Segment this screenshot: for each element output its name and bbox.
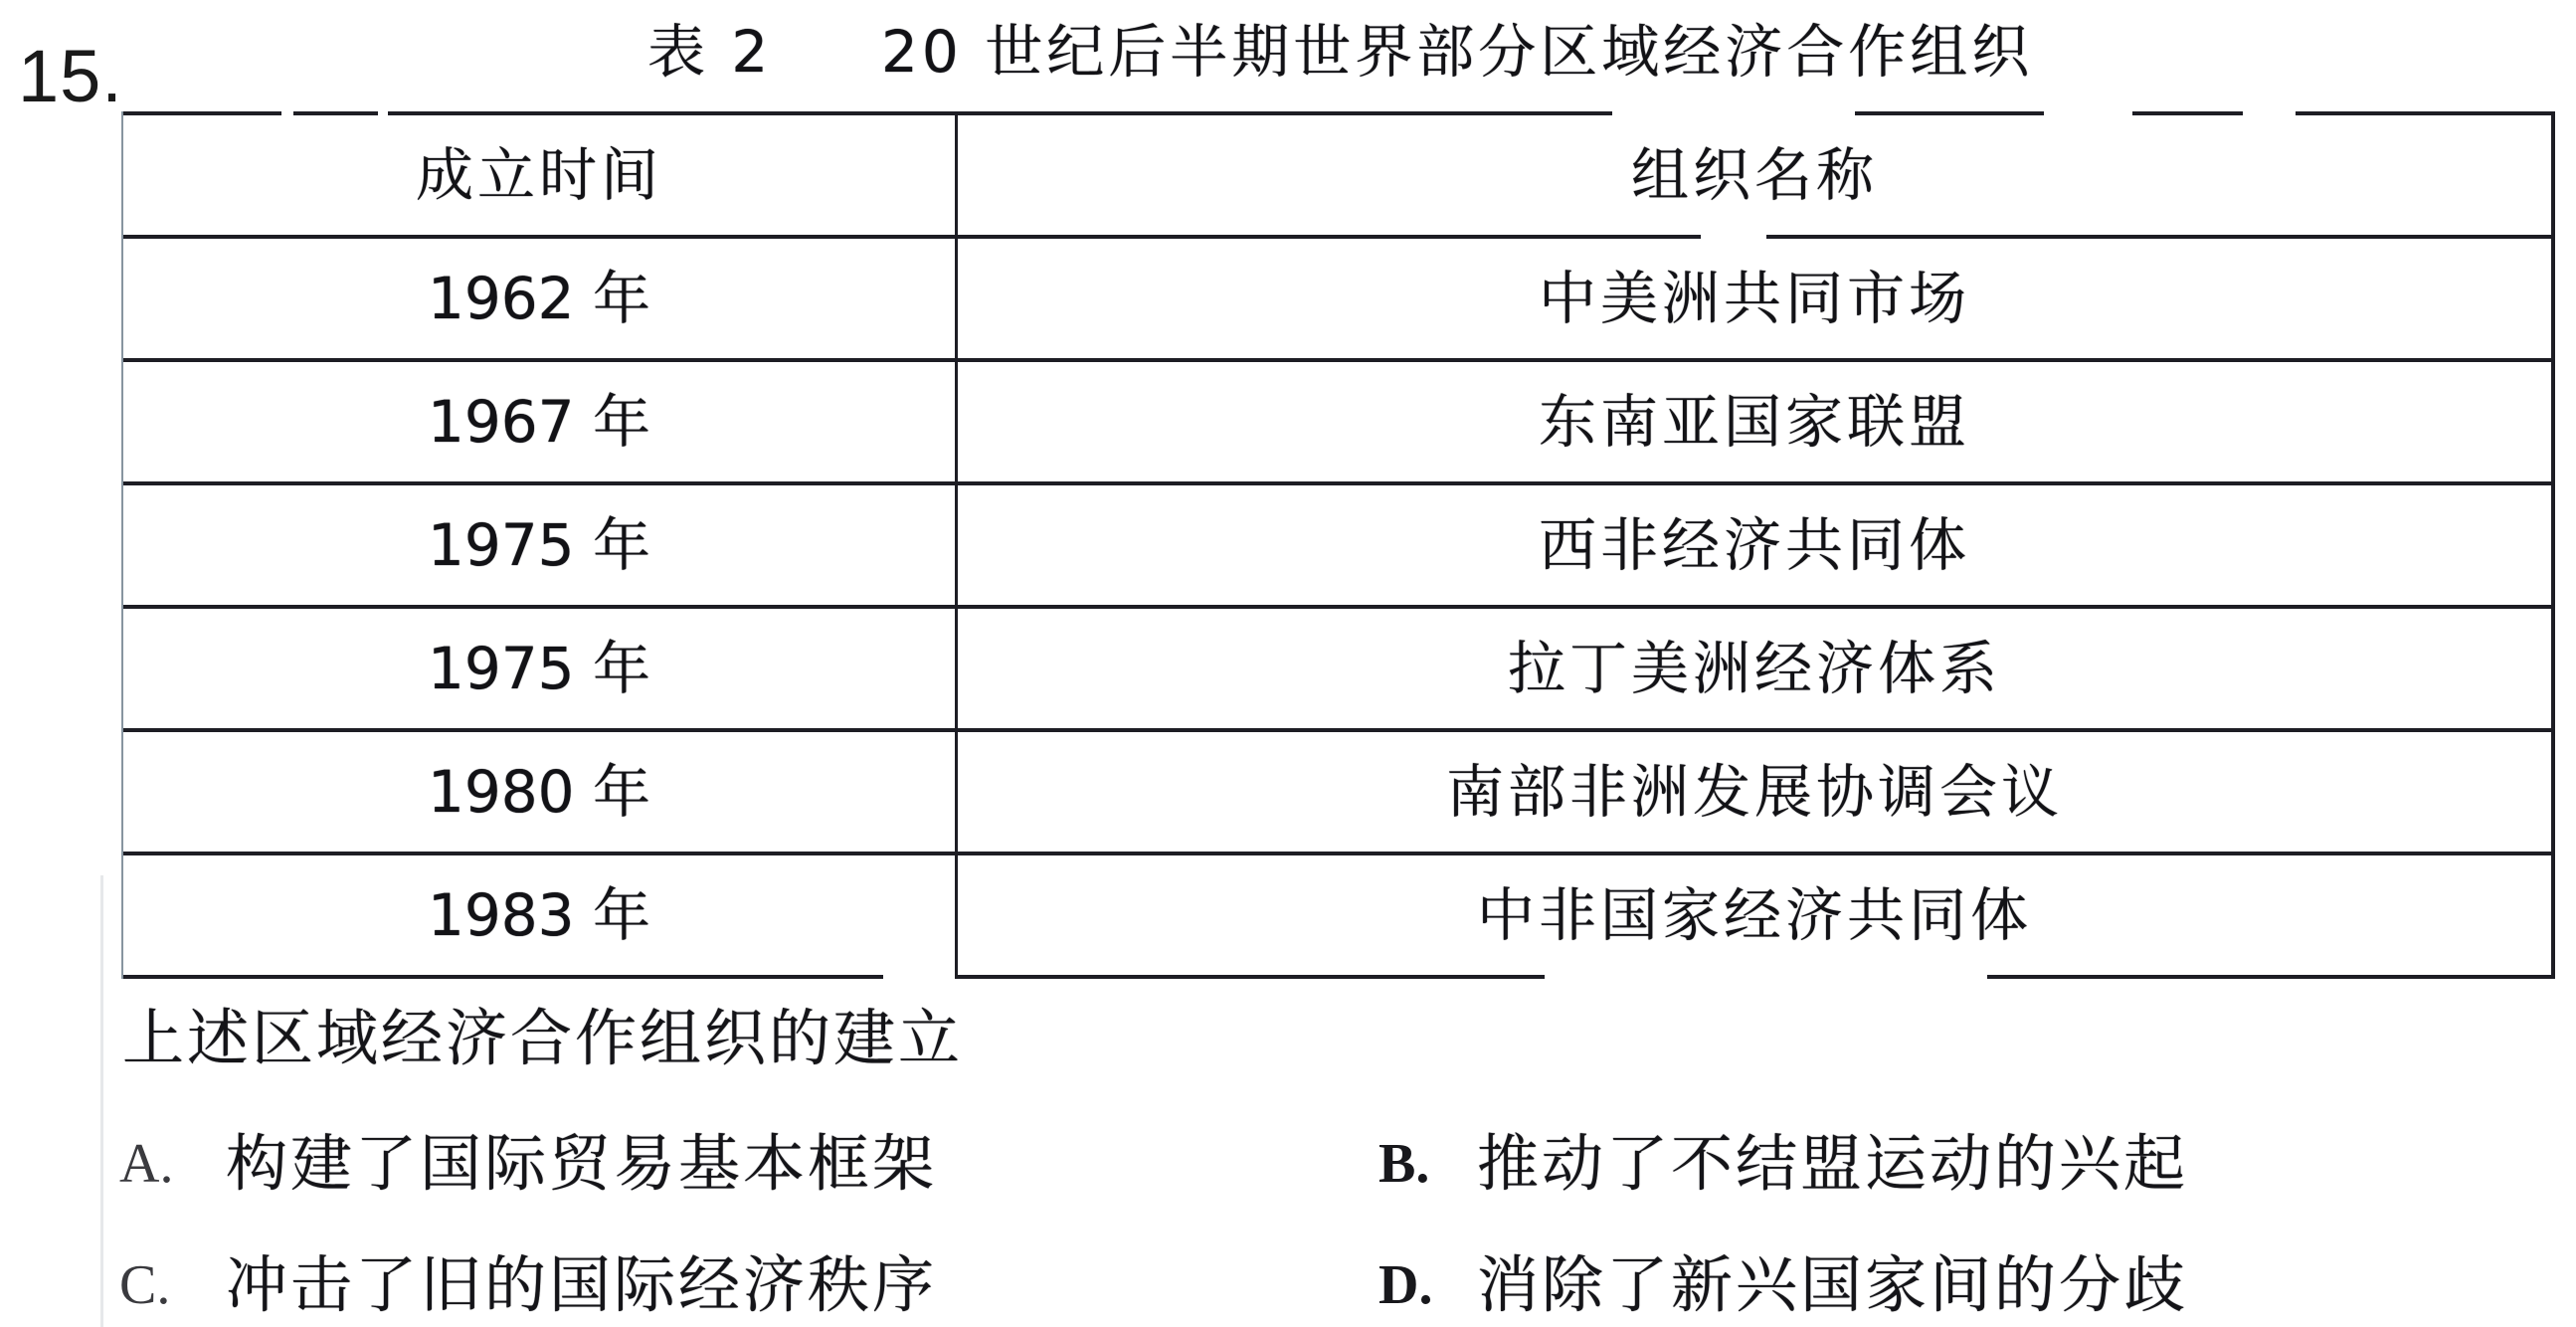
table-row: 1967 年 东南亚国家联盟 — [123, 358, 2551, 481]
page-edge-line — [100, 875, 103, 1327]
rule-gap — [883, 973, 955, 982]
question-number: 15. — [18, 40, 123, 113]
option-d-label: D. — [1379, 1254, 1477, 1316]
header-cell-name: 组织名称 — [958, 115, 2551, 235]
organization-name: 南部非洲发展协调会议 — [1446, 761, 2063, 823]
cell-year: 1962 年 — [123, 239, 958, 358]
cell-year: 1975 年 — [123, 609, 958, 728]
header-name-label: 组织名称 — [1631, 144, 1878, 206]
year-value: 1975 年 — [428, 514, 650, 576]
cell-name: 西非经济共同体 — [958, 485, 2551, 605]
cell-name: 拉丁美洲经济体系 — [958, 609, 2551, 728]
cell-year: 1983 年 — [123, 855, 958, 975]
cell-name: 南部非洲发展协调会议 — [958, 732, 2551, 852]
option-a[interactable]: A. 构建了国际贸易基本框架 — [119, 1133, 937, 1195]
year-value: 1983 年 — [428, 884, 650, 946]
option-a-label: A. — [119, 1133, 226, 1195]
year-value: 1962 年 — [428, 268, 650, 329]
rule-gap — [378, 109, 388, 118]
rule-gap — [2044, 109, 2132, 118]
table-row: 1983 年 中非国家经济共同体 — [123, 852, 2551, 979]
rule-gap — [1701, 233, 1766, 242]
rule-gap — [1612, 109, 1855, 118]
option-d-text: 消除了新兴国家间的分歧 — [1477, 1254, 2188, 1316]
option-b[interactable]: B. 推动了不结盟运动的兴起 — [1379, 1133, 2188, 1195]
organization-name: 东南亚国家联盟 — [1539, 391, 1970, 453]
cell-year: 1980 年 — [123, 732, 958, 852]
option-b-label: B. — [1379, 1133, 1477, 1195]
year-value: 1975 年 — [428, 638, 650, 699]
option-a-text: 构建了国际贸易基本框架 — [226, 1133, 937, 1195]
organization-name: 西非经济共同体 — [1539, 514, 1970, 576]
year-value: 1967 年 — [428, 391, 650, 453]
year-value: 1980 年 — [428, 761, 650, 823]
option-c-text: 冲击了旧的国际经济秩序 — [226, 1254, 937, 1316]
question-stem: 上述区域经济合作组织的建立 — [122, 1008, 963, 1069]
cell-year: 1967 年 — [123, 362, 958, 481]
cell-name: 中非国家经济共同体 — [958, 855, 2551, 975]
option-b-text: 推动了不结盟运动的兴起 — [1477, 1133, 2188, 1195]
organizations-table: 成立时间 组织名称 1962 年 中美洲共同市场 1967 年 东南亚国家联盟 … — [121, 111, 2555, 979]
organization-name: 中美洲共同市场 — [1539, 268, 1970, 329]
organization-name: 拉丁美洲经济体系 — [1508, 638, 2001, 699]
cell-name: 东南亚国家联盟 — [958, 362, 2551, 481]
table-row: 1975 年 西非经济共同体 — [123, 481, 2551, 605]
header-cell-year: 成立时间 — [123, 115, 958, 235]
option-c[interactable]: C. 冲击了旧的国际经济秩序 — [119, 1254, 937, 1316]
option-d[interactable]: D. 消除了新兴国家间的分歧 — [1379, 1254, 2188, 1316]
table-row: 1980 年 南部非洲发展协调会议 — [123, 728, 2551, 852]
rule-gap — [1545, 973, 1987, 982]
table-row: 1975 年 拉丁美洲经济体系 — [123, 605, 2551, 728]
option-c-label: C. — [119, 1254, 226, 1316]
header-year-label: 成立时间 — [416, 144, 662, 206]
table-caption-label: 表 2 — [647, 22, 772, 82]
table-header-row: 成立时间 组织名称 — [123, 111, 2551, 235]
table-row: 1962 年 中美洲共同市场 — [123, 235, 2551, 358]
cell-name: 中美洲共同市场 — [958, 239, 2551, 358]
rule-gap — [2243, 109, 2296, 118]
table-caption-title: 20 世纪后半期世界部分区域经济合作组织 — [881, 22, 2033, 82]
rule-gap — [281, 109, 293, 118]
organization-name: 中非国家经济共同体 — [1477, 884, 2032, 946]
cell-year: 1975 年 — [123, 485, 958, 605]
